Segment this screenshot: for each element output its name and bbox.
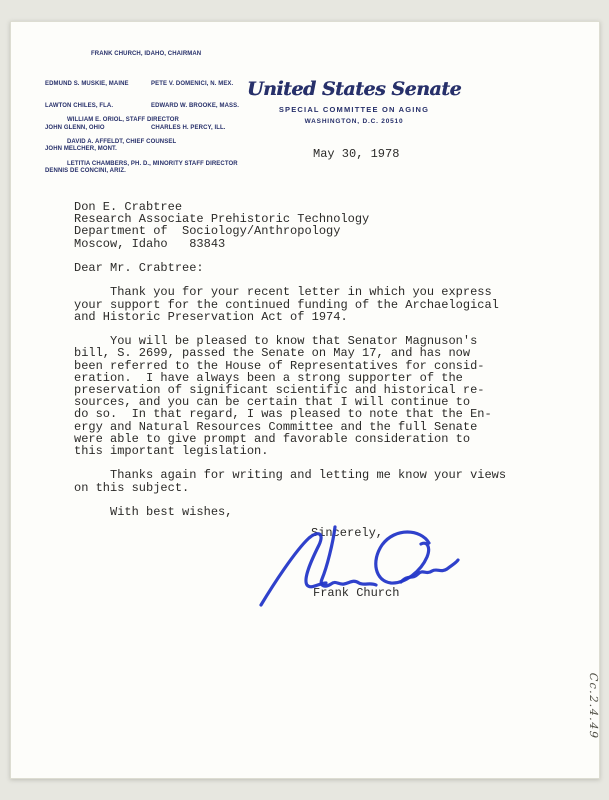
member-name: PETE V. DOMENICI, N. MEX.: [151, 81, 239, 88]
archive-code-handwritten: Cc.2.4.49: [586, 658, 600, 755]
closing-line: With best wishes,: [74, 506, 506, 518]
senate-title: United States Senate: [244, 78, 464, 100]
staff-name: WILLIAM E. ORIOL, STAFF DIRECTOR: [67, 117, 238, 124]
paragraph: Thank you for your recent letter in whic…: [74, 286, 506, 323]
committee-name: SPECIAL COMMITTEE ON AGING: [244, 105, 464, 114]
salutation: Dear Mr. Crabtree:: [74, 262, 506, 274]
member-name: EDMUND S. MUSKIE, MAINE: [45, 81, 129, 88]
staff-name: DAVID A. AFFELDT, CHIEF COUNSEL: [67, 139, 238, 146]
staff-name: LETITIA CHAMBERS, PH. D., MINORITY STAFF…: [67, 161, 238, 168]
letter-date: May 30, 1978: [313, 148, 399, 160]
letterhead-chairman: FRANK CHURCH, IDAHO, CHAIRMAN: [91, 51, 201, 57]
recipient-address: Don E. Crabtree Research Associate Prehi…: [74, 201, 506, 250]
letter-body: Don E. Crabtree Research Associate Prehi…: [74, 201, 506, 530]
paragraph: Thanks again for writing and letting me …: [74, 469, 506, 493]
letter-page: FRANK CHURCH, IDAHO, CHAIRMAN EDMUND S. …: [10, 21, 600, 779]
signoff: Sincerely,: [311, 527, 383, 539]
letterhead-seal-block: United States Senate SPECIAL COMMITTEE O…: [244, 78, 464, 125]
letterhead-staff-list: WILLIAM E. ORIOL, STAFF DIRECTOR DAVID A…: [67, 103, 238, 182]
paragraph: You will be pleased to know that Senator…: [74, 335, 506, 457]
committee-address: WASHINGTON, D.C. 20510: [244, 118, 464, 125]
typed-signature-name: Frank Church: [313, 587, 399, 599]
